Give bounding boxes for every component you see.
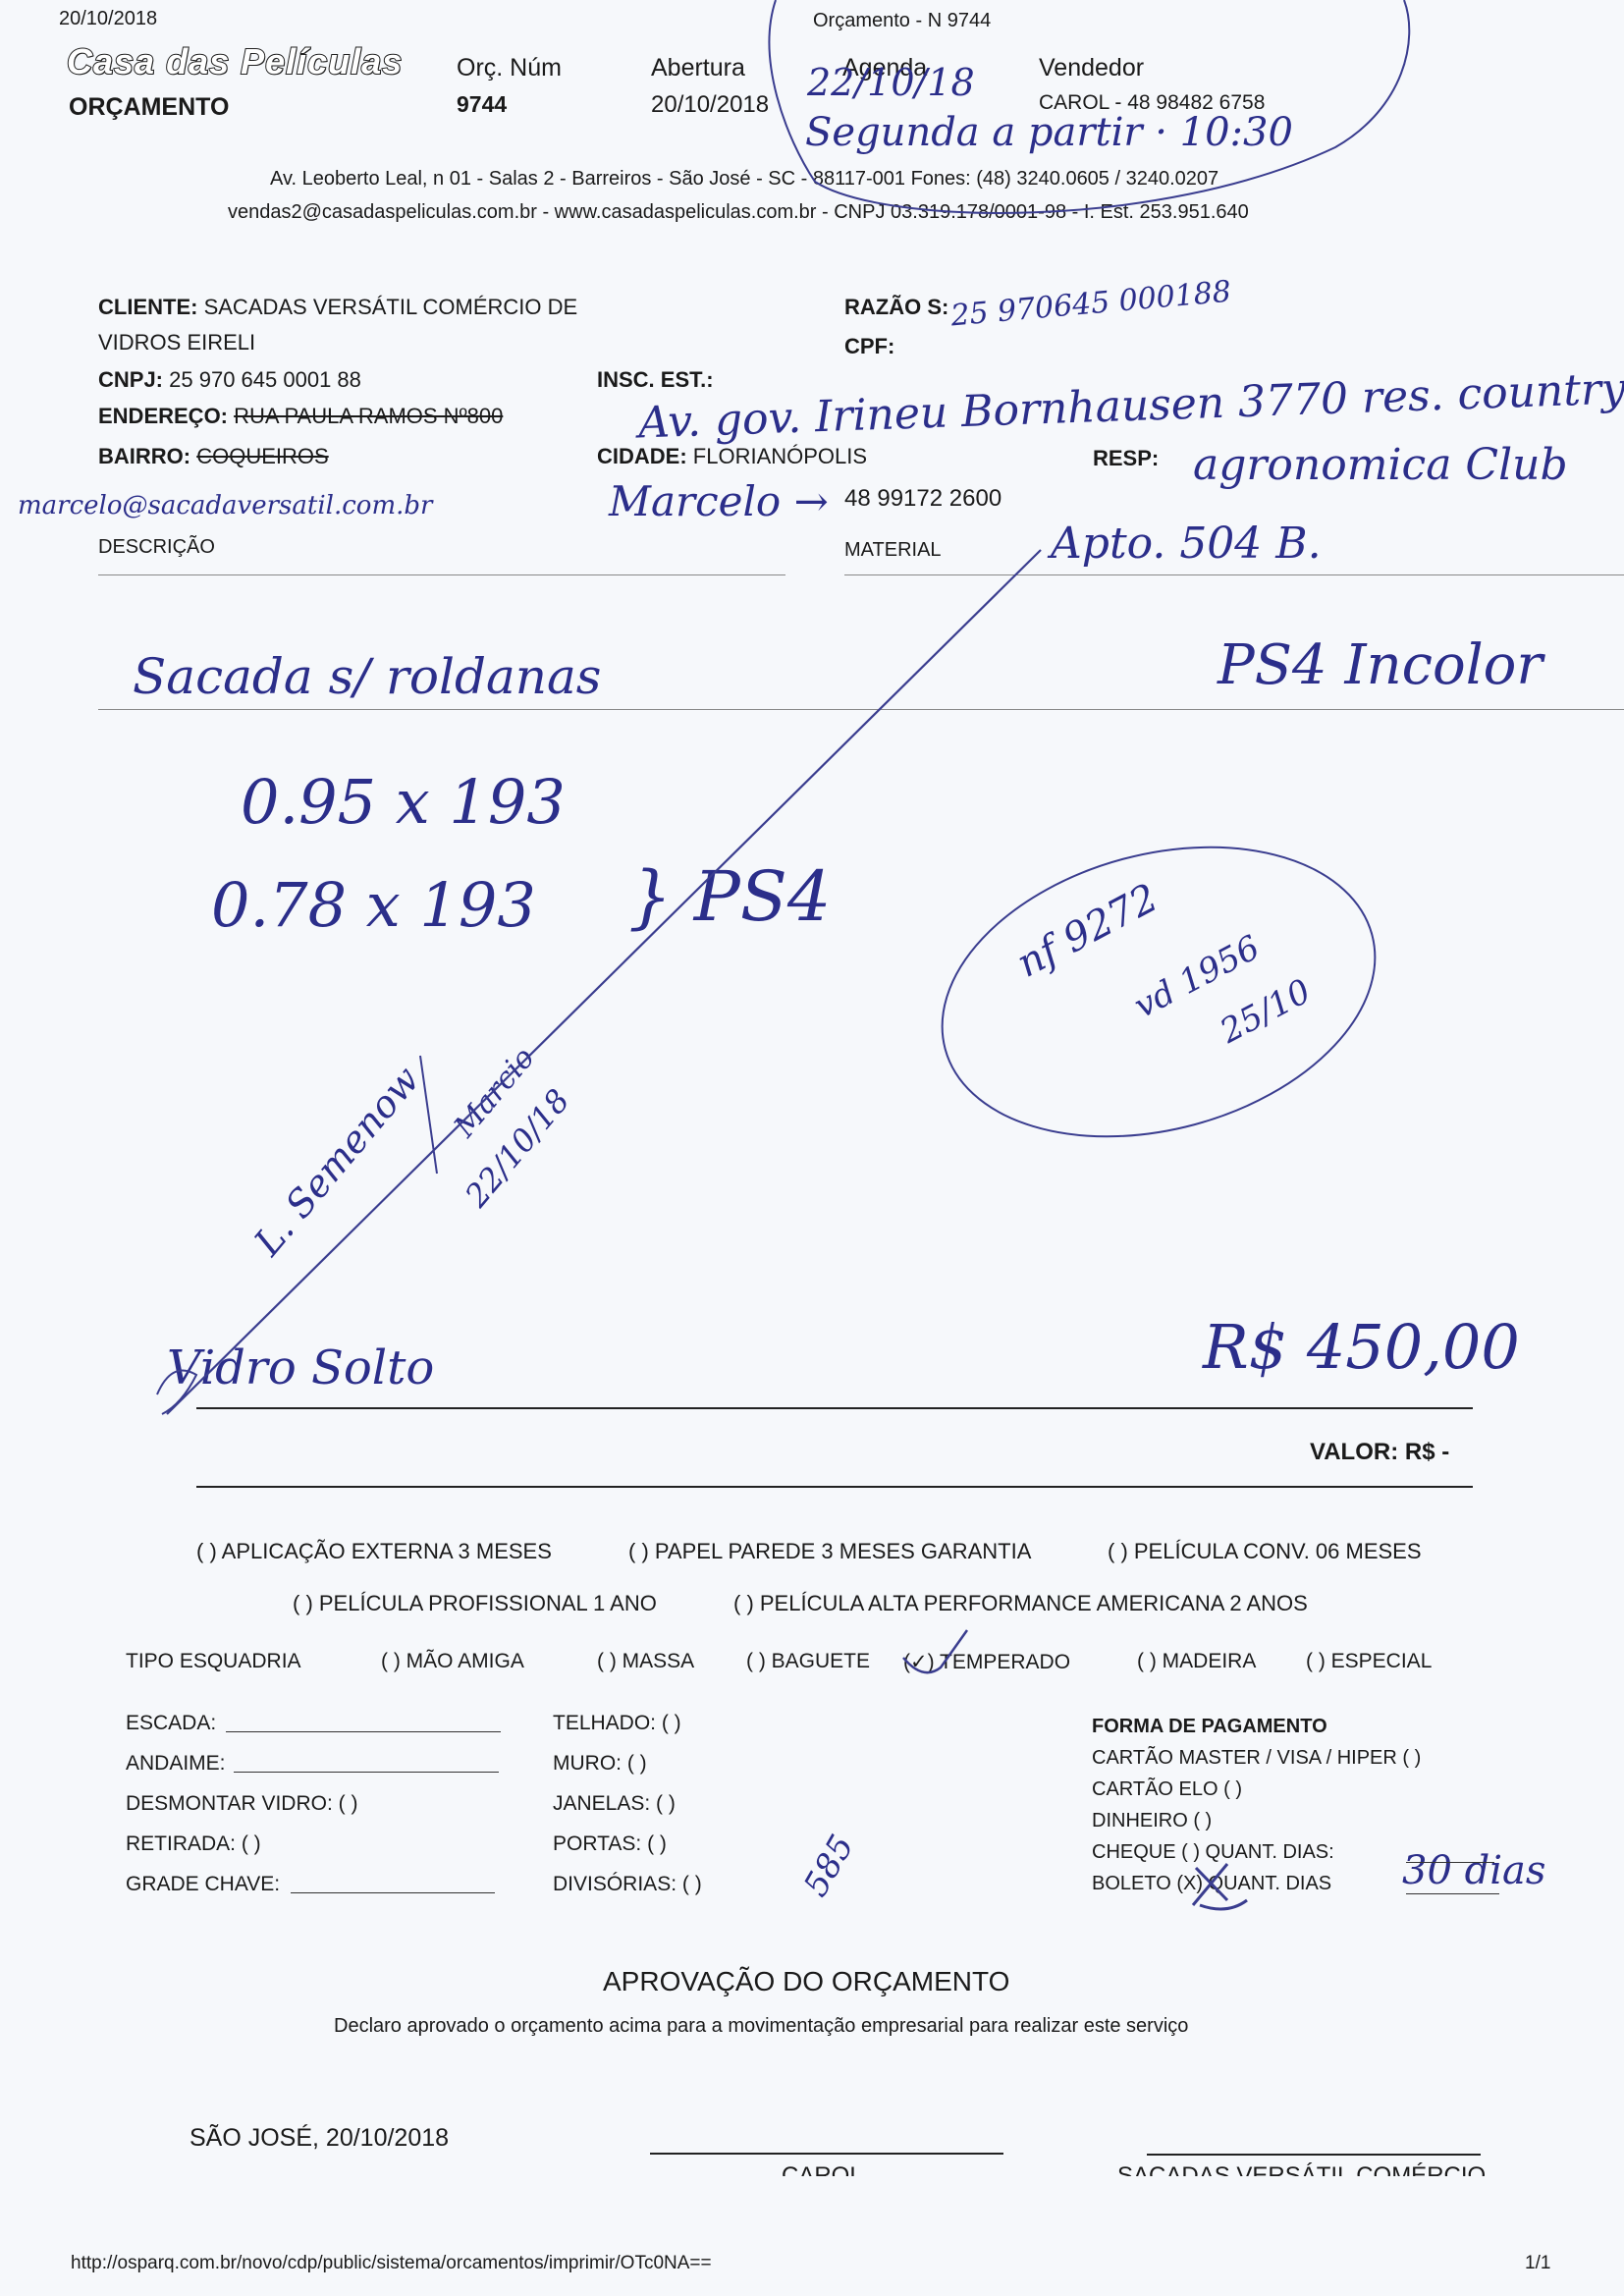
vendedor-label: Vendedor (1039, 54, 1144, 82)
divisorias-field[interactable]: DIVISÓRIAS: ( ) (553, 1873, 702, 1896)
descricao-divider (98, 574, 785, 575)
print-date: 20/10/2018 (59, 8, 157, 30)
hw-diag-note-1: L. Semenow (245, 1058, 428, 1263)
abertura-value: 20/10/2018 (651, 91, 769, 119)
bairro-field: BAIRRO: COQUEIROS (98, 444, 329, 469)
payment-dinheiro[interactable]: DINHEIRO ( ) (1092, 1810, 1212, 1832)
hw-contact-name: Marcelo → (609, 477, 829, 525)
company-address: Av. Leoberto Leal, n 01 - Salas 2 - Barr… (270, 168, 1218, 191)
cliente-value-cont: VIDROS EIRELI (98, 330, 255, 355)
cidade-value: FLORIANÓPOLIS (693, 444, 867, 468)
print-footer-page: 1/1 (1525, 2253, 1550, 2274)
item-total-line (196, 1407, 1473, 1409)
hw-description-title: Sacada s/ roldanas (133, 648, 601, 705)
esquadria-temperado[interactable]: (✓) TEMPERADO (903, 1650, 1070, 1674)
signature-line-1[interactable] (650, 2153, 1003, 2155)
signer-1: CAROL (782, 2162, 863, 2176)
service-papel-parede[interactable]: ( ) PAPEL PAREDE 3 MESES GARANTIA (628, 1539, 1031, 1564)
grade-chave-input-line[interactable] (291, 1892, 495, 1893)
escada-input-line[interactable] (226, 1731, 501, 1732)
hw-measure-2: 0.78 x 193 (211, 869, 536, 941)
esquadria-especial[interactable]: ( ) ESPECIAL (1306, 1650, 1432, 1673)
cliente-value: SACADAS VERSÁTIL COMÉRCIO DE (204, 295, 578, 319)
endereco-value-struck: RUA PAULA RAMOS Nº800 (234, 404, 503, 428)
boleto-days-line[interactable] (1406, 1893, 1499, 1894)
hw-new-address: Av. gov. Irineu Bornhausen 3770 res. cou… (637, 363, 1624, 448)
material-label: MATERIAL (844, 539, 942, 562)
razao-social-label: RAZÃO S: (844, 295, 948, 320)
document-type: ORÇAMENTO (69, 93, 229, 122)
esquadria-label: TIPO ESQUADRIA (126, 1650, 301, 1673)
telhado-field[interactable]: TELHADO: ( ) (553, 1712, 681, 1735)
hw-apto: Apto. 504 B. (1051, 519, 1322, 569)
muro-field[interactable]: MURO: ( ) (553, 1752, 647, 1776)
cpf-label: CPF: (844, 334, 894, 359)
grade-chave-field: GRADE CHAVE: (126, 1873, 280, 1896)
hw-cpf-value: 25 970645 000188 (949, 275, 1232, 334)
esquadria-baguete[interactable]: ( ) BAGUETE (746, 1650, 870, 1673)
hw-price: R$ 450,00 (1203, 1311, 1520, 1383)
hw-number-585: 585 (796, 1829, 862, 1903)
janelas-field[interactable]: JANELAS: ( ) (553, 1792, 676, 1816)
hw-email: marcelo@sacadaversatil.com.br (18, 491, 432, 520)
print-footer-url[interactable]: http://osparq.com.br/novo/cdp/public/sis… (71, 2253, 712, 2274)
service-pelicula-profissional[interactable]: ( ) PELÍCULA PROFISSIONAL 1 ANO (293, 1591, 657, 1616)
cliente-field: CLIENTE: SACADAS VERSÁTIL COMÉRCIO DE (98, 295, 577, 320)
portas-field[interactable]: PORTAS: ( ) (553, 1832, 667, 1856)
company-logo: Casa das Películas (67, 41, 403, 82)
hw-agenda-date: 22/10/18 (807, 61, 975, 104)
endereco-field: ENDEREÇO: RUA PAULA RAMOS Nº800 (98, 404, 503, 429)
valor-line (196, 1486, 1473, 1488)
payment-boleto[interactable]: BOLETO (X) QUANT. DIAS (1092, 1873, 1331, 1895)
orc-num-value: 9744 (457, 91, 507, 118)
esquadria-mao-amiga[interactable]: ( ) MÃO AMIGA (381, 1650, 524, 1673)
signature-line-2[interactable] (1147, 2154, 1481, 2156)
andaime-input-line[interactable] (234, 1772, 499, 1773)
cnpj-field: CNPJ: 25 970 645 0001 88 (98, 367, 361, 393)
material-divider (844, 574, 1624, 575)
hw-circle-date: 25/10 (1214, 971, 1317, 1051)
payment-cartao-elo[interactable]: CARTÃO ELO ( ) (1092, 1778, 1242, 1801)
print-page-title: Orçamento - N 9744 (813, 10, 991, 32)
item-divider (98, 709, 1624, 710)
orc-num-label: Orç. Núm (457, 54, 562, 82)
abertura-label: Abertura (651, 54, 745, 82)
service-pelicula-alta-performance[interactable]: ( ) PELÍCULA ALTA PERFORMANCE AMERICANA … (733, 1591, 1308, 1616)
cnpj-value: 25 970 645 0001 88 (169, 367, 361, 392)
hw-measure-note: } PS4 (628, 856, 831, 937)
resp-label: RESP: (1093, 446, 1159, 471)
payment-cartao-master[interactable]: CARTÃO MASTER / VISA / HIPER ( ) (1092, 1747, 1421, 1770)
service-pelicula-conv[interactable]: ( ) PELÍCULA CONV. 06 MESES (1108, 1539, 1422, 1564)
hw-agenda-note: Segunda a partir · 10:30 (805, 110, 1293, 155)
desmontar-vidro-field[interactable]: DESMONTAR VIDRO: ( ) (126, 1792, 357, 1816)
escada-field: ESCADA: (126, 1712, 216, 1735)
descricao-label: DESCRIÇÃO (98, 536, 215, 559)
bairro-value-struck: COQUEIROS (196, 444, 328, 468)
payment-title: FORMA DE PAGAMENTO (1092, 1716, 1327, 1738)
approval-text: Declaro aprovado o orçamento acima para … (334, 2015, 1188, 2038)
payment-cheque[interactable]: CHEQUE ( ) QUANT. DIAS: (1092, 1841, 1334, 1864)
approval-place-date: SÃO JOSÉ, 20/10/2018 (189, 2124, 449, 2153)
approval-title: APROVAÇÃO DO ORÇAMENTO (603, 1966, 1009, 1997)
signer-2: SACADAS VERSÁTIL COMÉRCIO (1117, 2162, 1486, 2176)
hw-measure-1: 0.95 x 193 (241, 766, 566, 838)
hw-material-value: PS4 Incolor (1218, 633, 1543, 697)
esquadria-massa[interactable]: ( ) MASSA (597, 1650, 694, 1673)
insc-est-label: INSC. EST.: (597, 367, 714, 393)
cidade-field: CIDADE: FLORIANÓPOLIS (597, 444, 867, 469)
service-aplicacao-externa[interactable]: ( ) APLICAÇÃO EXTERNA 3 MESES (196, 1539, 552, 1564)
esquadria-madeira[interactable]: ( ) MADEIRA (1137, 1650, 1256, 1673)
diagonal-tick-mark (420, 1056, 437, 1174)
andaime-field: ANDAIME: (126, 1752, 226, 1776)
hw-resp-value: agronomica Club (1193, 440, 1568, 490)
phone-value: 48 99172 2600 (844, 485, 1001, 513)
hw-item-note: Vidro Solto (167, 1340, 434, 1395)
cheque-days-line[interactable] (1406, 1862, 1494, 1863)
company-contact: vendas2@casadaspeliculas.com.br - www.ca… (228, 201, 1249, 224)
valor-label: VALOR: R$ - (1310, 1439, 1449, 1466)
hw-boleto-days: 30 dias (1402, 1848, 1545, 1893)
hw-circle-nf: nf 9272 (1009, 875, 1165, 986)
retirada-field[interactable]: RETIRADA: ( ) (126, 1832, 261, 1856)
